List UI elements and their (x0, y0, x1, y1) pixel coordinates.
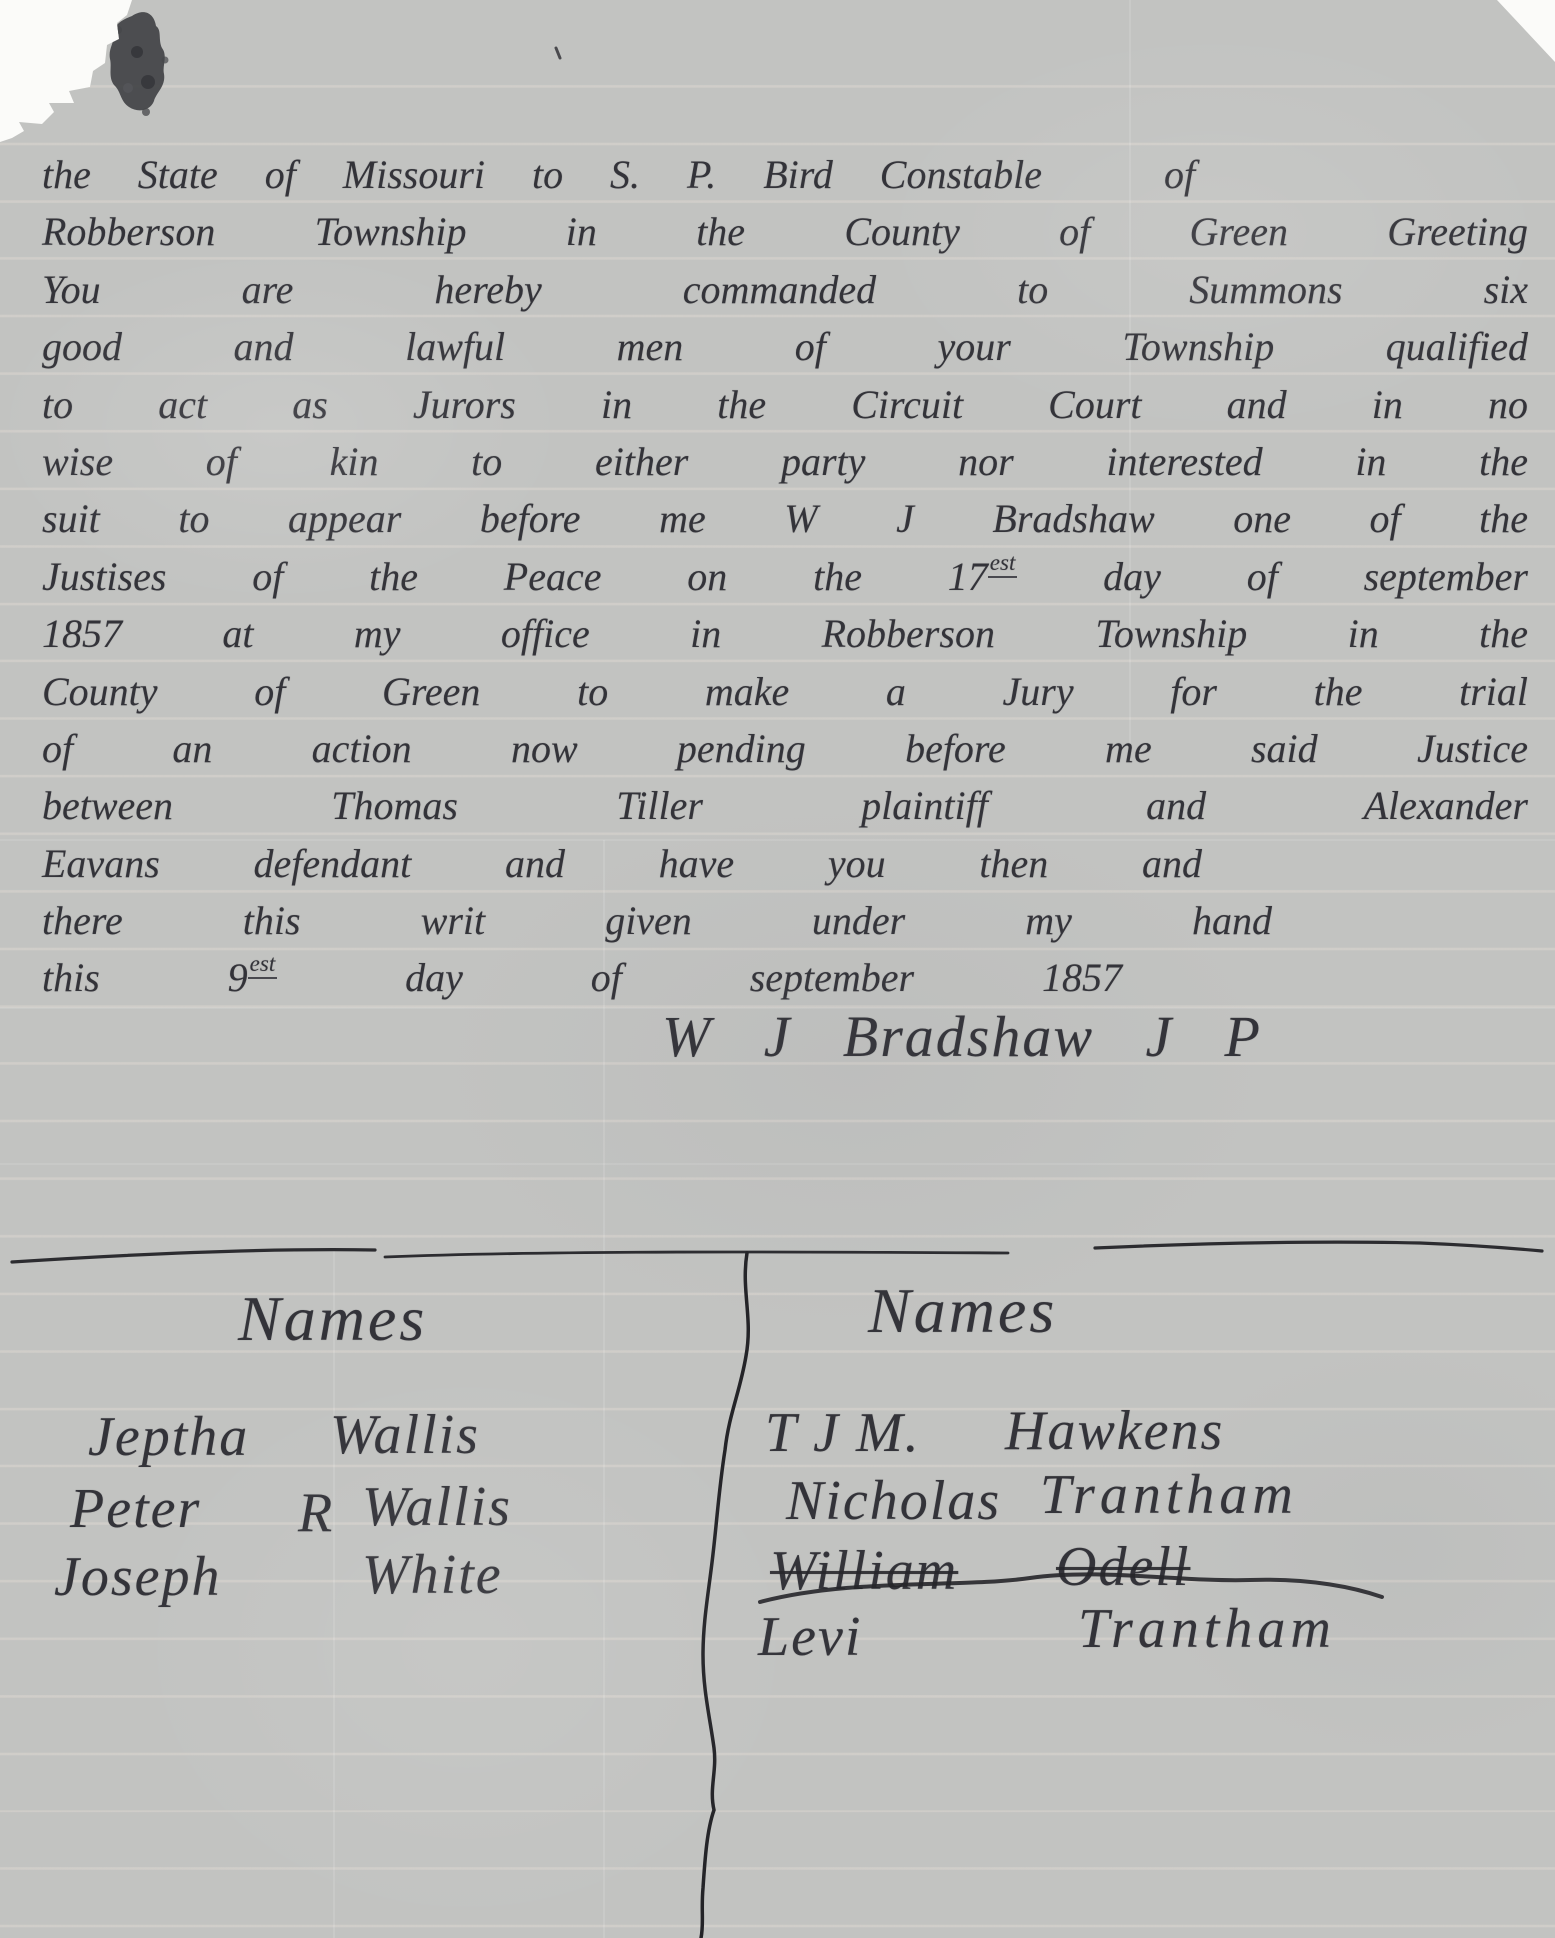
handwritten-line: County of Green to make a Jury for the t… (42, 663, 1528, 720)
juror-middle-initial: R (298, 1478, 334, 1548)
juror-last-name: Wallis (330, 1400, 480, 1470)
juror-last-name: Wallis (362, 1472, 512, 1542)
line-tail-word: of (1164, 146, 1195, 203)
handwritten-line-with-superscript: Justises of the Peace on the 17est day o… (42, 548, 1528, 605)
handwritten-line: there this writ given under my hand (42, 892, 1272, 949)
handwritten-line: between Thomas Tiller plaintiff and Alex… (42, 777, 1528, 834)
handwritten-line: You are hereby commanded to Summons six (42, 261, 1528, 318)
ink-speck (556, 48, 560, 58)
juror-first-name: Peter (70, 1474, 201, 1544)
juror-first-name: Jeptha (88, 1402, 249, 1472)
names-column-header-left: Names (238, 1282, 427, 1356)
handwritten-line: the State of Missouri to S. P. Bird Cons… (42, 146, 1528, 203)
column-divider-line (701, 1253, 748, 1938)
juror-last-name: Trantham (1078, 1594, 1336, 1664)
juror-first-name: Levi (758, 1602, 862, 1672)
handwritten-line: suit to appear before me W J Bradshaw on… (42, 490, 1528, 547)
juror-last-name-struck: Odell (1056, 1532, 1190, 1602)
line-text: Justises of the Peace on the 17 (42, 554, 988, 599)
juror-first-name: Joseph (54, 1542, 222, 1612)
horizontal-fold-crease (0, 1162, 1555, 1166)
scanned-document-page: the State of Missouri to S. P. Bird Cons… (0, 0, 1555, 1938)
names-column-header-right: Names (868, 1274, 1057, 1348)
juror-last-name: White (362, 1540, 503, 1610)
handwritten-line: good and lawful men of your Township qua… (42, 318, 1528, 375)
names-header-rule-line (12, 1242, 1542, 1262)
juror-last-name: Trantham (1040, 1460, 1298, 1530)
paper-sheet: the State of Missouri to S. P. Bird Cons… (0, 0, 1555, 1938)
line-text: the State of Missouri to S. P. Bird Cons… (42, 146, 1042, 203)
handwritten-line: wise of kin to either party nor interest… (42, 433, 1528, 490)
handwritten-line: Eavans defendant and have you then and (42, 835, 1202, 892)
writ-body-text: the State of Missouri to S. P. Bird Cons… (42, 146, 1528, 1007)
juror-last-name: Hawkens (1005, 1396, 1224, 1466)
ink-blot-icon (110, 12, 169, 116)
line-text: day of september (1017, 554, 1528, 599)
handwritten-line: to act as Jurors in the Circuit Court an… (42, 376, 1528, 433)
juror-first-name-struck: William (770, 1536, 958, 1606)
juror-first-name: T J M. (765, 1398, 921, 1468)
line-text: this 9 (42, 955, 248, 1000)
handwritten-line: Robberson Township in the County of Gree… (42, 203, 1528, 260)
superscript-ordinal: est (988, 550, 1018, 578)
handwritten-line: 1857 at my office in Robberson Township … (42, 605, 1528, 662)
justice-signature: W J Bradshaw J P (662, 992, 1262, 1082)
juror-first-name: Nicholas (786, 1466, 1001, 1536)
handwritten-line: of an action now pending before me said … (42, 720, 1528, 777)
superscript-ordinal: est (248, 951, 278, 979)
